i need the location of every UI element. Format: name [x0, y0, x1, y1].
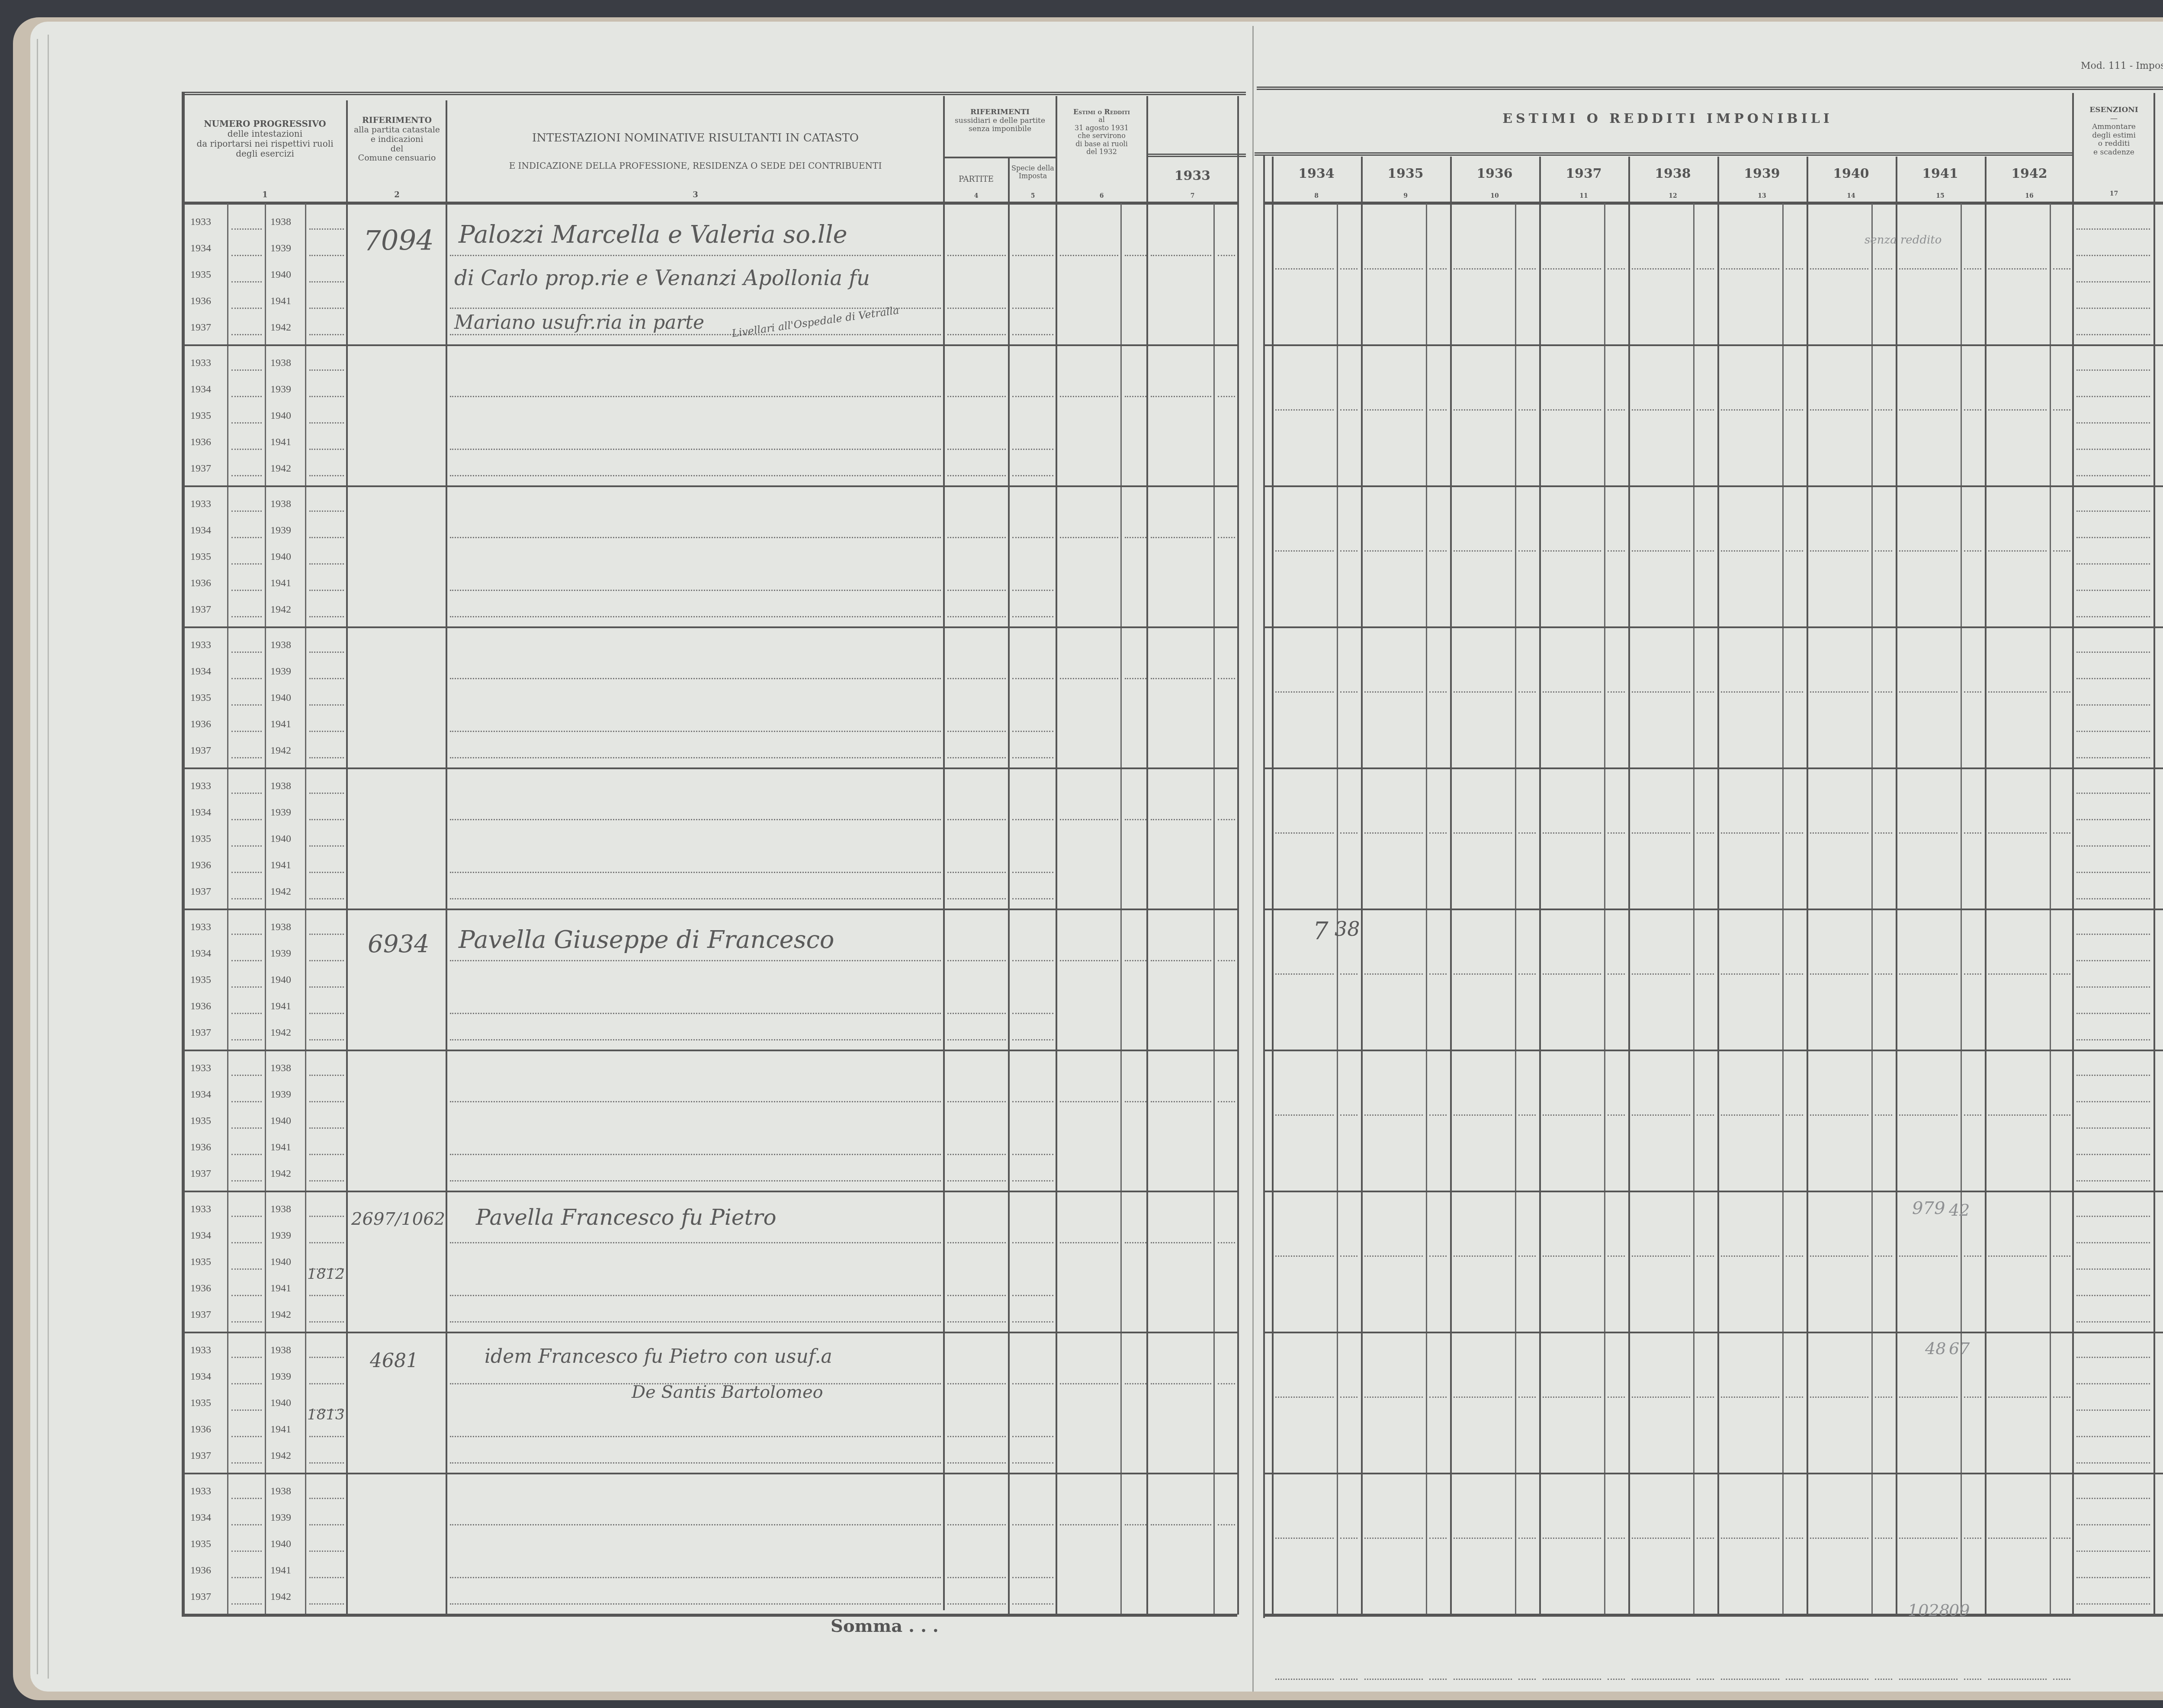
year-label: 1934	[190, 1371, 211, 1383]
year-label: 1938	[270, 1345, 291, 1356]
year-label: 1941	[270, 860, 291, 871]
year-label: 1942	[270, 463, 291, 475]
year-label: 1938	[270, 498, 291, 510]
year-label: 1934	[190, 1230, 211, 1242]
year-label: 1937	[190, 1591, 211, 1603]
year-column-header-1935: 1935	[1361, 167, 1450, 182]
year-label: 1933	[190, 921, 211, 933]
col1-header: NUMERO PROGRESSIVO delle intestazioni da…	[184, 119, 346, 159]
entry-6-1934-int: 7	[1313, 917, 1329, 945]
year-column-header-1938: 1938	[1628, 167, 1717, 182]
year-label: 1933	[190, 1063, 211, 1074]
year-label: 1936	[190, 1001, 211, 1012]
estimi-group-title: ESTIMI O REDDITI IMPONIBILI	[1263, 112, 2072, 127]
somma-label: Somma . . .	[831, 1616, 939, 1636]
year-column-header-1940: 1940	[1807, 167, 1896, 182]
year-label: 1936	[190, 860, 211, 871]
entry-9-partita: 4681	[370, 1350, 418, 1372]
col6-header: Estimi o Redditi al 31 agosto 1931 che s…	[1057, 108, 1146, 156]
entry-1-line-3: Mariano usufr.ria in parte	[454, 311, 704, 334]
year-label: 1938	[270, 1204, 291, 1215]
year-label: 1936	[190, 295, 211, 307]
year-label: 1933	[190, 357, 211, 369]
entry-9-line-2: De Santis Bartolomeo	[632, 1382, 823, 1402]
year-label: 1935	[190, 974, 211, 986]
entry-1-line-1: Palozzi Marcella e Valeria so.lle	[459, 221, 847, 249]
year-label: 1940	[270, 833, 291, 845]
year-label: 1938	[270, 639, 291, 651]
year-label: 1939	[270, 243, 291, 254]
year-label: 1935	[190, 410, 211, 422]
col17-header: ESENZIONI — Ammontare degli estimi o red…	[2074, 106, 2153, 157]
year-label: 1938	[270, 1486, 291, 1497]
entry-9-1941-int: 48	[1925, 1339, 1946, 1358]
col2-header: RIFERIMENTO alla partita catastale e ind…	[348, 116, 446, 163]
entry-8-side-number: 1812	[307, 1265, 345, 1283]
right-page	[1255, 22, 2163, 1692]
year-label: 1933	[190, 639, 211, 651]
year-label: 1942	[270, 1027, 291, 1039]
year-label: 1941	[270, 578, 291, 589]
year-label: 1934	[190, 666, 211, 677]
entry-1-note-1941: senza reddito	[1865, 234, 1942, 247]
year-label: 1935	[190, 551, 211, 563]
col7-header-1933: 1933	[1148, 169, 1237, 184]
col5-header: Specie della Imposta	[1010, 164, 1056, 180]
year-label: 1933	[190, 1345, 211, 1356]
year-label: 1939	[270, 1371, 291, 1383]
entry-8-1941-dec: 42	[1949, 1201, 1970, 1220]
col4-header: PARTITE	[944, 175, 1008, 184]
year-label: 1935	[190, 1256, 211, 1268]
year-label: 1935	[190, 692, 211, 704]
year-label: 1937	[190, 1309, 211, 1321]
entry-9-side-number: 1813	[307, 1406, 345, 1423]
year-label: 1942	[270, 604, 291, 616]
year-label: 1937	[190, 463, 211, 475]
year-label: 1936	[190, 1142, 211, 1153]
year-label: 1940	[270, 269, 291, 281]
year-label: 1939	[270, 1512, 291, 1524]
year-label: 1933	[190, 216, 211, 228]
somma-1941-dec: 09	[1949, 1601, 1970, 1620]
entry-1-partita: 7094	[363, 225, 434, 257]
entry-9-1941-dec: 67	[1949, 1339, 1970, 1358]
year-label: 1942	[270, 1450, 291, 1462]
col3-header: INTESTAZIONI NOMINATIVE RISULTANTI IN CA…	[448, 132, 943, 145]
form-code: Mod. 111 - Imposte Dirette (Intercalare)…	[2081, 61, 2163, 71]
year-label: 1936	[190, 1424, 211, 1435]
year-label: 1934	[190, 948, 211, 960]
year-label: 1935	[190, 1397, 211, 1409]
year-label: 1937	[190, 1027, 211, 1039]
year-label: 1935	[190, 269, 211, 281]
year-column-header-1942: 1942	[1985, 167, 2074, 182]
year-label: 1935	[190, 1115, 211, 1127]
col3-subheader: E INDICAZIONE DELLA PROFESSIONE, RESIDEN…	[448, 161, 943, 171]
year-label: 1934	[190, 384, 211, 395]
entry-8-line-1: Pavella Francesco fu Pietro	[476, 1205, 777, 1230]
year-column-header-1937: 1937	[1539, 167, 1628, 182]
entry-8-1941-int: 979	[1912, 1198, 1945, 1218]
year-label: 1939	[270, 666, 291, 677]
year-label: 1942	[270, 886, 291, 898]
year-column-header-1934: 1934	[1272, 167, 1361, 182]
year-label: 1939	[270, 525, 291, 536]
year-label: 1941	[270, 1001, 291, 1012]
year-label: 1933	[190, 498, 211, 510]
year-label: 1937	[190, 322, 211, 334]
somma-1941-int: 1028	[1908, 1601, 1950, 1620]
year-column-header-1941: 1941	[1896, 167, 1985, 182]
year-label: 1940	[270, 1256, 291, 1268]
year-label: 1942	[270, 1591, 291, 1603]
year-label: 1940	[270, 410, 291, 422]
year-label: 1937	[190, 604, 211, 616]
year-column-header-1936: 1936	[1450, 167, 1539, 182]
entry-8-partita: 2697/1062	[351, 1209, 445, 1229]
entry-6-line-1: Pavella Giuseppe di Francesco	[459, 926, 834, 954]
year-label: 1940	[270, 1115, 291, 1127]
riferimenti-header: RIFERIMENTI sussidiari e delle partite s…	[944, 108, 1056, 134]
year-label: 1941	[270, 1142, 291, 1153]
year-label: 1941	[270, 1283, 291, 1294]
year-label: 1940	[270, 974, 291, 986]
year-label: 1938	[270, 1063, 291, 1074]
year-label: 1942	[270, 1309, 291, 1321]
year-label: 1937	[190, 745, 211, 757]
year-label: 1939	[270, 1089, 291, 1101]
year-label: 1936	[190, 437, 211, 448]
year-label: 1936	[190, 578, 211, 589]
year-label: 1940	[270, 692, 291, 704]
entry-1-line-2: di Carlo prop.rie e Venanzi Apollonia fu	[454, 266, 870, 290]
year-column-header-1939: 1939	[1717, 167, 1807, 182]
year-label: 1936	[190, 1565, 211, 1576]
year-label: 1941	[270, 719, 291, 730]
year-label: 1942	[270, 322, 291, 334]
year-label: 1942	[270, 745, 291, 757]
year-label: 1938	[270, 921, 291, 933]
year-label: 1939	[270, 807, 291, 819]
year-label: 1941	[270, 295, 291, 307]
year-label: 1934	[190, 525, 211, 536]
year-label: 1934	[190, 1089, 211, 1101]
year-label: 1939	[270, 1230, 291, 1242]
year-label: 1937	[190, 886, 211, 898]
col18-header: ANNOTAZIONI	[2157, 136, 2163, 148]
entry-6-1934-dec: 38	[1335, 917, 1360, 941]
year-label: 1940	[270, 551, 291, 563]
year-label: 1940	[270, 1538, 291, 1550]
year-label: 1938	[270, 357, 291, 369]
year-label: 1934	[190, 1512, 211, 1524]
book-gutter	[1252, 26, 1254, 1692]
year-label: 1934	[190, 243, 211, 254]
year-label: 1935	[190, 1538, 211, 1550]
year-label: 1938	[270, 780, 291, 792]
entry-9-line-1: idem Francesco fu Pietro con usuf.a	[485, 1345, 832, 1368]
year-label: 1935	[190, 833, 211, 845]
year-label: 1934	[190, 807, 211, 819]
year-label: 1936	[190, 719, 211, 730]
year-label: 1933	[190, 1204, 211, 1215]
year-label: 1941	[270, 1565, 291, 1576]
year-label: 1933	[190, 780, 211, 792]
year-label: 1937	[190, 1450, 211, 1462]
year-label: 1936	[190, 1283, 211, 1294]
year-label: 1941	[270, 437, 291, 448]
year-label: 1941	[270, 1424, 291, 1435]
year-label: 1940	[270, 1397, 291, 1409]
year-label: 1938	[270, 216, 291, 228]
year-label: 1942	[270, 1168, 291, 1180]
year-label: 1937	[190, 1168, 211, 1180]
year-label: 1933	[190, 1486, 211, 1497]
entry-6-partita: 6934	[368, 930, 430, 958]
year-label: 1939	[270, 948, 291, 960]
year-label: 1939	[270, 384, 291, 395]
